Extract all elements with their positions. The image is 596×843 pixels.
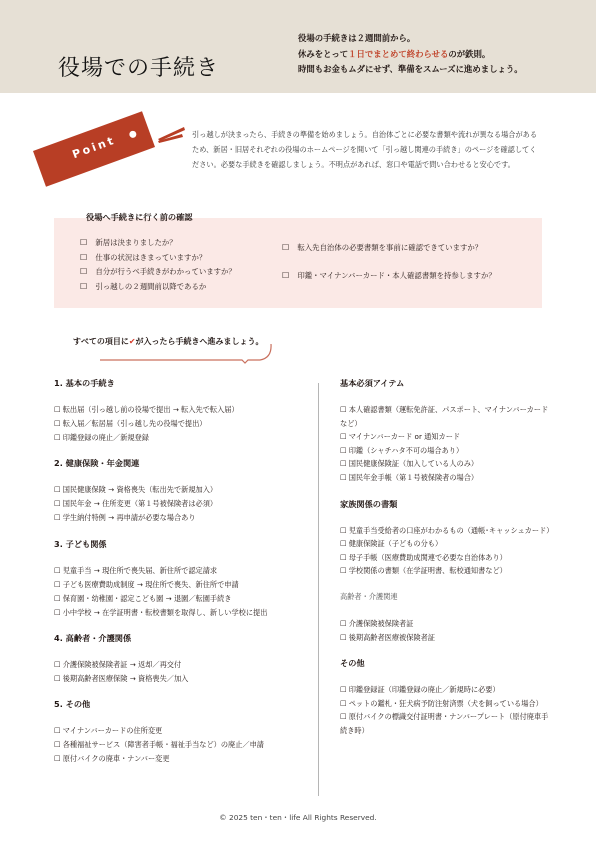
list-item[interactable]: ☐ 健康保険証（子どもの分も） xyxy=(340,537,555,551)
list-item[interactable]: ☐ 印鑑登録の廃止／新規登録 xyxy=(54,431,309,445)
precheck-item-label: 新居は決まりましたか？ xyxy=(95,238,176,247)
lead-accent-text: １日でまとめて終わらせる xyxy=(348,49,448,59)
list-item[interactable]: ☐ 子ども医療費助成制度 → 現住所で喪失、新住所で申請 xyxy=(54,578,309,592)
section-title: 5. その他 xyxy=(54,698,309,710)
lead-line-1: 役場の手続きは２週間前から。 xyxy=(298,31,523,47)
list-item[interactable]: ☐ 保育園・幼稚園・認定こども園 → 退園／転園手続き xyxy=(54,592,309,606)
items-list: ☐ 印鑑登録証（印鑑登録の廃止／新規時に必要） ☐ ペットの鑑札・狂犬病予防注射… xyxy=(340,683,555,737)
list-item[interactable]: ☐ 母子手帳（医療費助成関連で必要な自治体あり） xyxy=(340,551,555,565)
list-item[interactable]: ☐ 学校関係の書類（在学証明書、転校通知書など） xyxy=(340,564,555,578)
precheck-box: ☐ 新居は決まりましたか？ ☐ 仕事の状況はきまっていますか？ ☐ 自分が行うべ… xyxy=(54,218,542,308)
page-title: 役場での手続き xyxy=(58,51,219,82)
list-item[interactable]: ☐ 本人確認書類（運転免許証、パスポート、マイナンバーカードなど） xyxy=(340,403,555,430)
precheck-item-label: 引っ越しの２週間前以降であるか xyxy=(95,282,206,291)
tag-hole-icon xyxy=(128,130,137,139)
list-item[interactable]: ☐ 介護保険被保険者証 xyxy=(340,617,555,631)
lead-line-2: 休みをとって１日でまとめて終わらせるのが鉄則。 xyxy=(298,47,523,63)
list-item[interactable]: ☐ 学生納付特例 → 再申請が必要な場合あり xyxy=(54,511,309,525)
section-title: 家族関係の書類 xyxy=(340,498,555,510)
list-item[interactable]: ☐ 児童手当 → 現住所で喪失届、新住所で認定請求 xyxy=(54,564,309,578)
procedure-section: 5. その他 ☐ マイナンバーカードの住所変更 ☐ 各種福祉サービス（障害者手帳… xyxy=(54,698,309,766)
section-title: 高齢者・介護関連 xyxy=(340,591,555,603)
precheck-item-label: 転入先自治体の必要書類を事前に確認できていますか？ xyxy=(297,243,482,252)
procedure-list: ☐ 児童手当 → 現住所で喪失届、新住所で認定請求 ☐ 子ども医療費助成制度 →… xyxy=(54,564,309,620)
list-item[interactable]: ☐ 国民健康保険 → 資格喪失（転出先で新規加入） xyxy=(54,483,309,497)
tag-string-icon xyxy=(158,125,188,145)
list-item[interactable]: ☐ 原付バイクの廃車・ナンバー変更 xyxy=(54,752,309,766)
list-item[interactable]: ☐ ペットの鑑札・狂犬病予防注射済票（犬を飼っている場合） xyxy=(340,697,555,711)
items-list: ☐ 児童手当受給者の口座がわかるもの（通帳･キャッシュカード） ☐ 健康保険証（… xyxy=(340,524,555,578)
procedure-list: ☐ 介護保険被保険者証 → 返却／再交付 ☐ 後期高齢者医療保険 → 資格喪失／… xyxy=(54,658,309,686)
list-item[interactable]: ☐ 印鑑（シャチハタ不可の場合あり） xyxy=(340,444,555,458)
procedure-section: 3. 子ども関係 ☐ 児童手当 → 現住所で喪失届、新住所で認定請求 ☐ 子ども… xyxy=(54,538,309,620)
list-item[interactable]: ☐ 各種福祉サービス（障害者手帳・福祉手当など）の廃止／申請 xyxy=(54,738,309,752)
speech-underline-icon xyxy=(100,344,330,364)
list-item[interactable]: ☐ マイナンバーカードの住所変更 xyxy=(54,724,309,738)
items-list: ☐ 本人確認書類（運転免許証、パスポート、マイナンバーカードなど） ☐ マイナン… xyxy=(340,403,555,485)
precheck-title: 役場へ手続きに行く前の確認 xyxy=(86,212,192,223)
list-item[interactable]: ☐ マイナンバーカード or 通知カード xyxy=(340,430,555,444)
list-item[interactable]: ☐ 介護保険被保険者証 → 返却／再交付 xyxy=(54,658,309,672)
checkbox-icon[interactable]: ☐ xyxy=(80,280,93,295)
precheck-item-label: 自分が行うべ手続きがわかっていますか？ xyxy=(95,267,235,276)
list-item[interactable]: ☐ 後期高齢者医療保険 → 資格喪失／加入 xyxy=(54,672,309,686)
list-item[interactable]: ☐ 国民年金手帳（第１号被保険者の場合） xyxy=(340,471,555,485)
items-section: 高齢者・介護関連 ☐ 介護保険被保険者証 ☐ 後期高齢者医療被保険者証 xyxy=(340,591,555,644)
precheck-item[interactable]: ☐ 仕事の状況はきまっていますか？ xyxy=(80,251,236,266)
checkbox-icon[interactable]: ☐ xyxy=(80,265,93,280)
checkbox-icon[interactable]: ☐ xyxy=(282,241,295,256)
footer-copyright: © 2025 ten・ten・life All Rights Reserved. xyxy=(0,812,596,823)
precheck-item[interactable]: ☐ 新居は決まりましたか？ xyxy=(80,236,236,251)
lead-line-3: 時間もお金もムダにせず、準備をスムーズに進めましょう。 xyxy=(298,62,523,78)
items-section: 基本必須アイテム ☐ 本人確認書類（運転免許証、パスポート、マイナンバーカードな… xyxy=(340,377,555,485)
section-title: 3. 子ども関係 xyxy=(54,538,309,550)
checkbox-icon[interactable]: ☐ xyxy=(80,236,93,251)
section-title: 1. 基本の手続き xyxy=(54,377,309,389)
column-divider xyxy=(318,383,319,796)
procedure-section: 1. 基本の手続き ☐ 転出届（引っ越し前の役場で提出 → 転入先で転入届） ☐… xyxy=(54,377,309,445)
items-section: 家族関係の書類 ☐ 児童手当受給者の口座がわかるもの（通帳･キャッシュカード） … xyxy=(340,498,555,578)
precheck-item[interactable]: ☐ 自分が行うべ手続きがわかっていますか？ xyxy=(80,265,236,280)
section-title: 基本必須アイテム xyxy=(340,377,555,389)
procedure-list: ☐ 国民健康保険 → 資格喪失（転出先で新規加入） ☐ 国民年金 → 住所変更（… xyxy=(54,483,309,525)
section-title: その他 xyxy=(340,657,555,669)
header-lead: 役場の手続きは２週間前から。 休みをとって１日でまとめて終わらせるのが鉄則。 時… xyxy=(298,31,523,78)
items-section: その他 ☐ 印鑑登録証（印鑑登録の廃止／新規時に必要） ☐ ペットの鑑札・狂犬病… xyxy=(340,657,555,737)
point-description: 引っ越しが決まったら、手続きの準備を始めましょう。自治体ごとに必要な書類や流れが… xyxy=(192,127,542,173)
procedure-list: ☐ 転出届（引っ越し前の役場で提出 → 転入先で転入届） ☐ 転入届／転居届（引… xyxy=(54,403,309,445)
list-item[interactable]: ☐ 原付バイクの標識交付証明書・ナンバープレート（原付廃車手続き時） xyxy=(340,710,555,737)
section-title: 2. 健康保険・年金関連 xyxy=(54,457,309,469)
checkbox-icon[interactable]: ☐ xyxy=(80,251,93,266)
header-banner: 役場での手続き 役場の手続きは２週間前から。 休みをとって１日でまとめて終わらせ… xyxy=(0,0,596,93)
procedures-column: 1. 基本の手続き ☐ 転出届（引っ越し前の役場で提出 → 転入先で転入届） ☐… xyxy=(54,377,309,766)
precheck-item[interactable]: ☐ 転入先自治体の必要書類を事前に確認できていますか？ xyxy=(282,241,482,256)
procedure-section: 2. 健康保険・年金関連 ☐ 国民健康保険 → 資格喪失（転出先で新規加入） ☐… xyxy=(54,457,309,525)
list-item[interactable]: ☐ 国民年金 → 住所変更（第１号被保険者は必須） xyxy=(54,497,309,511)
point-tag-icon: Point xyxy=(33,111,155,186)
list-item[interactable]: ☐ 転出届（引っ越し前の役場で提出 → 転入先で転入届） xyxy=(54,403,309,417)
precheck-item-label: 仕事の状況はきまっていますか？ xyxy=(95,253,206,262)
lead-text: のが鉄則。 xyxy=(448,49,490,59)
precheck-item[interactable]: ☐ 引っ越しの２週間前以降であるか xyxy=(80,280,236,295)
point-tag-label: Point xyxy=(71,134,118,162)
list-item[interactable]: ☐ 後期高齢者医療被保険者証 xyxy=(340,631,555,645)
section-title: 4. 高齢者・介護関係 xyxy=(54,632,309,644)
list-item[interactable]: ☐ 小中学校 → 在学証明書・転校書類を取得し、新しい学校に提出 xyxy=(54,606,309,620)
list-item[interactable]: ☐ 印鑑登録証（印鑑登録の廃止／新規時に必要） xyxy=(340,683,555,697)
procedure-list: ☐ マイナンバーカードの住所変更 ☐ 各種福祉サービス（障害者手帳・福祉手当など… xyxy=(54,724,309,766)
list-item[interactable]: ☐ 転入届／転居届（引っ越し先の役場で提出） xyxy=(54,417,309,431)
checkbox-icon[interactable]: ☐ xyxy=(282,269,295,284)
items-list: ☐ 介護保険被保険者証 ☐ 後期高齢者医療被保険者証 xyxy=(340,617,555,644)
items-column: 基本必須アイテム ☐ 本人確認書類（運転免許証、パスポート、マイナンバーカードな… xyxy=(340,377,555,738)
list-item[interactable]: ☐ 国民健康保険証（加入している人のみ） xyxy=(340,457,555,471)
list-item[interactable]: ☐ 児童手当受給者の口座がわかるもの（通帳･キャッシュカード） xyxy=(340,524,555,538)
procedure-section: 4. 高齢者・介護関係 ☐ 介護保険被保険者証 → 返却／再交付 ☐ 後期高齢者… xyxy=(54,632,309,686)
precheck-item-label: 印鑑・マイナンバーカード・本人確認書類を持参しますか？ xyxy=(297,271,495,280)
lead-text: 休みをとって xyxy=(298,49,348,59)
precheck-item[interactable]: ☐ 印鑑・マイナンバーカード・本人確認書類を持参しますか？ xyxy=(282,269,496,284)
precheck-left-list: ☐ 新居は決まりましたか？ ☐ 仕事の状況はきまっていますか？ ☐ 自分が行うべ… xyxy=(80,236,236,294)
